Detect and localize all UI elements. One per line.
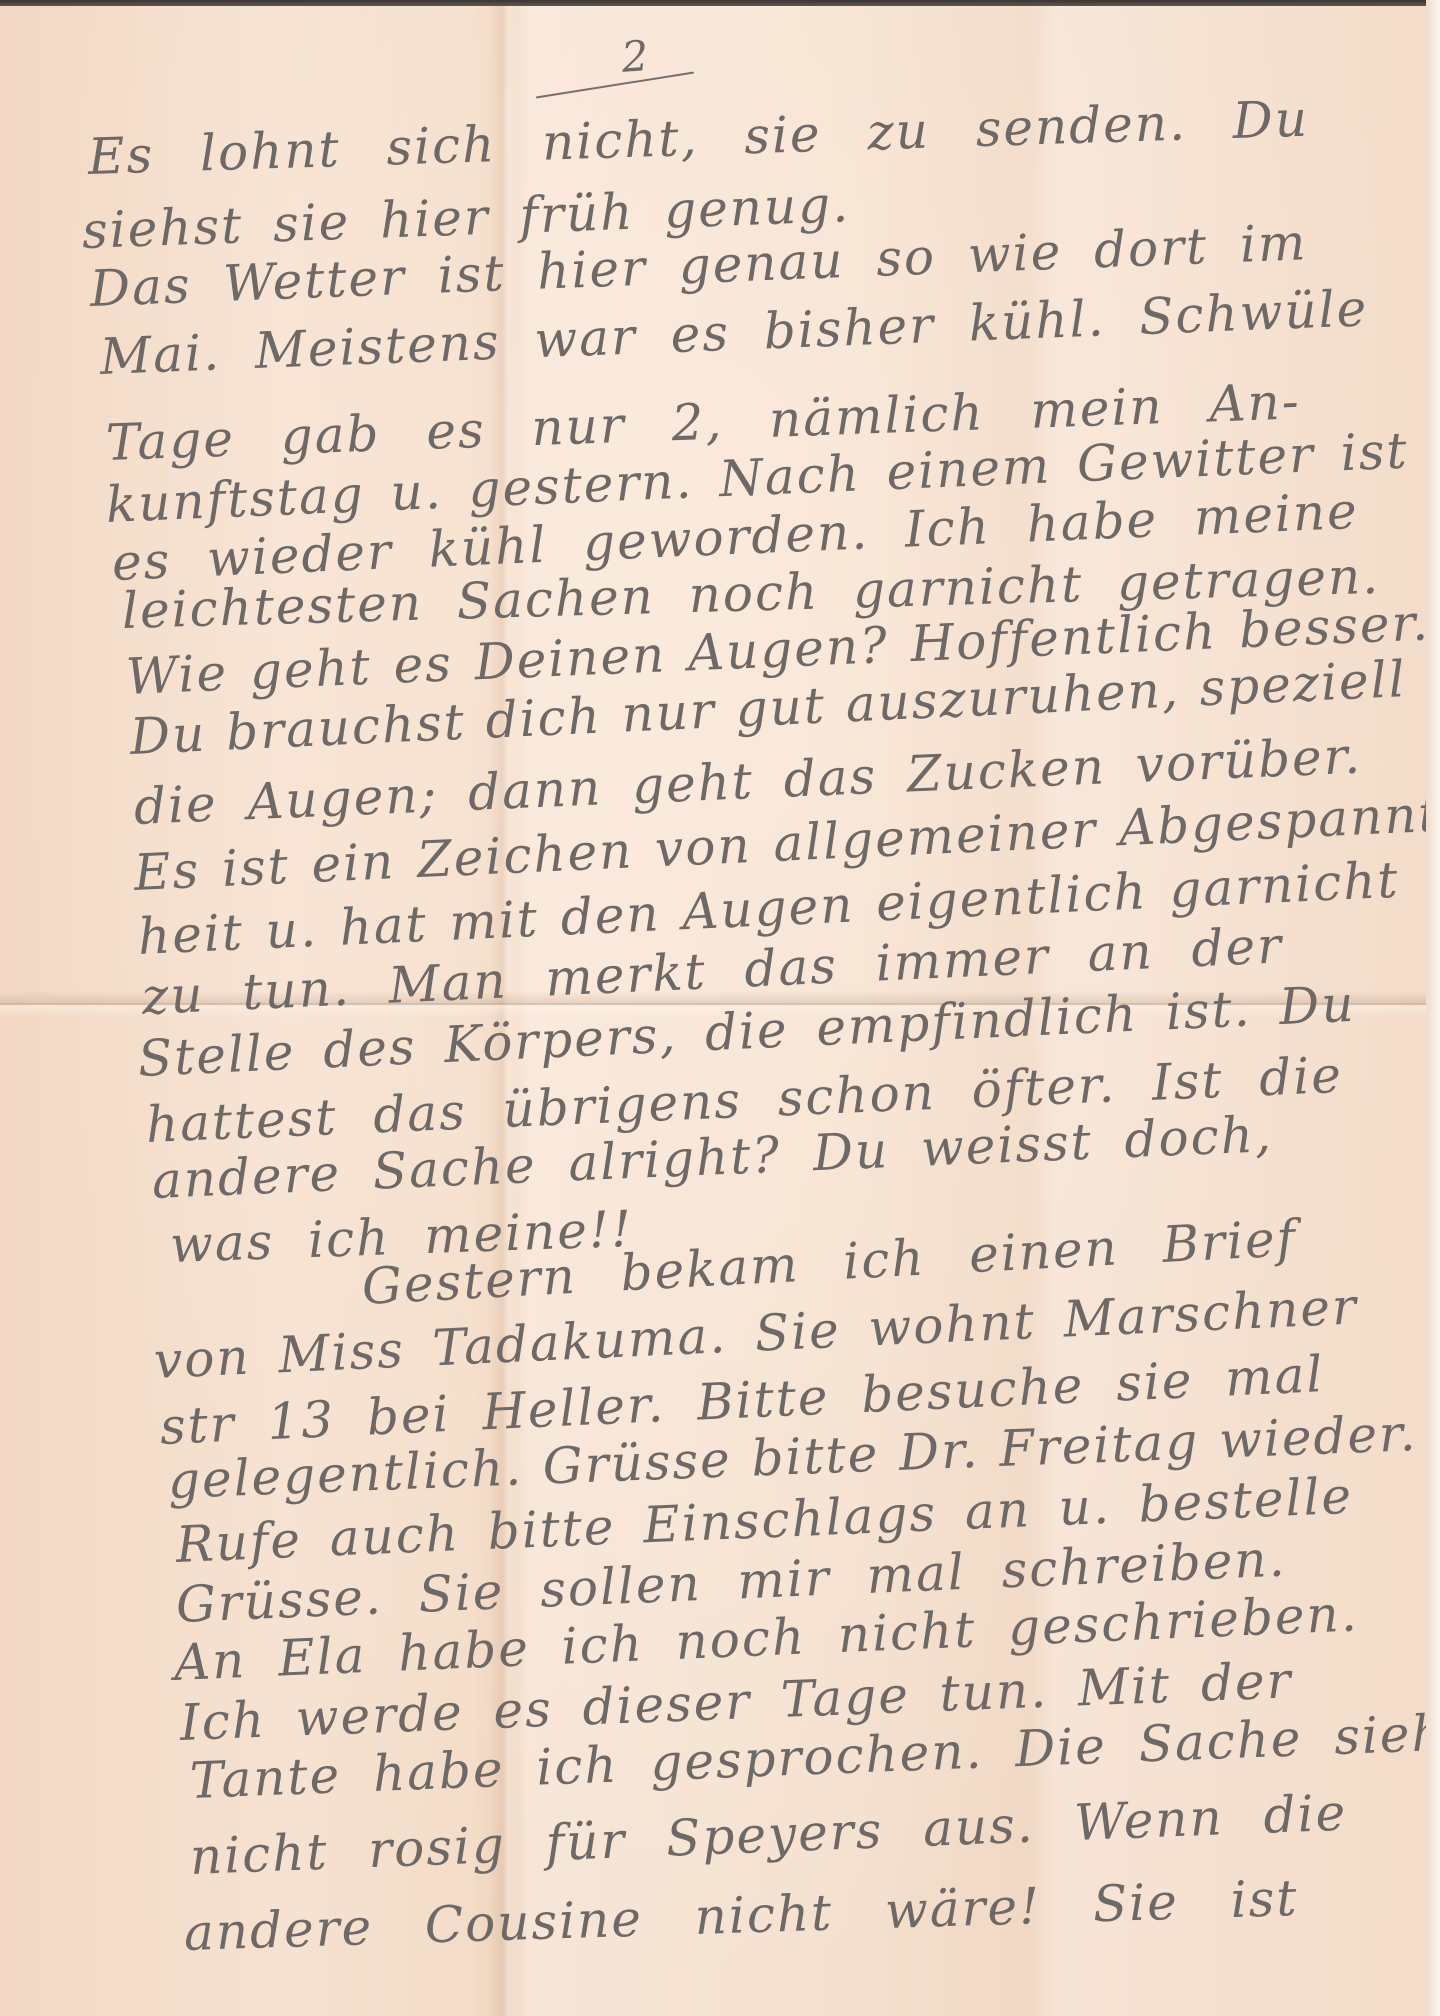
letter-line: Es lohnt sich nicht, sie zu senden. Du <box>87 90 1310 186</box>
letter-line: andere Cousine nicht wäre! Sie ist <box>183 1869 1299 1962</box>
scan-right-edge <box>1426 0 1440 2016</box>
page-number: 2 <box>573 28 696 85</box>
letter-page: 2 Es lohnt sich nicht, sie zu senden. Du… <box>0 6 1428 2016</box>
